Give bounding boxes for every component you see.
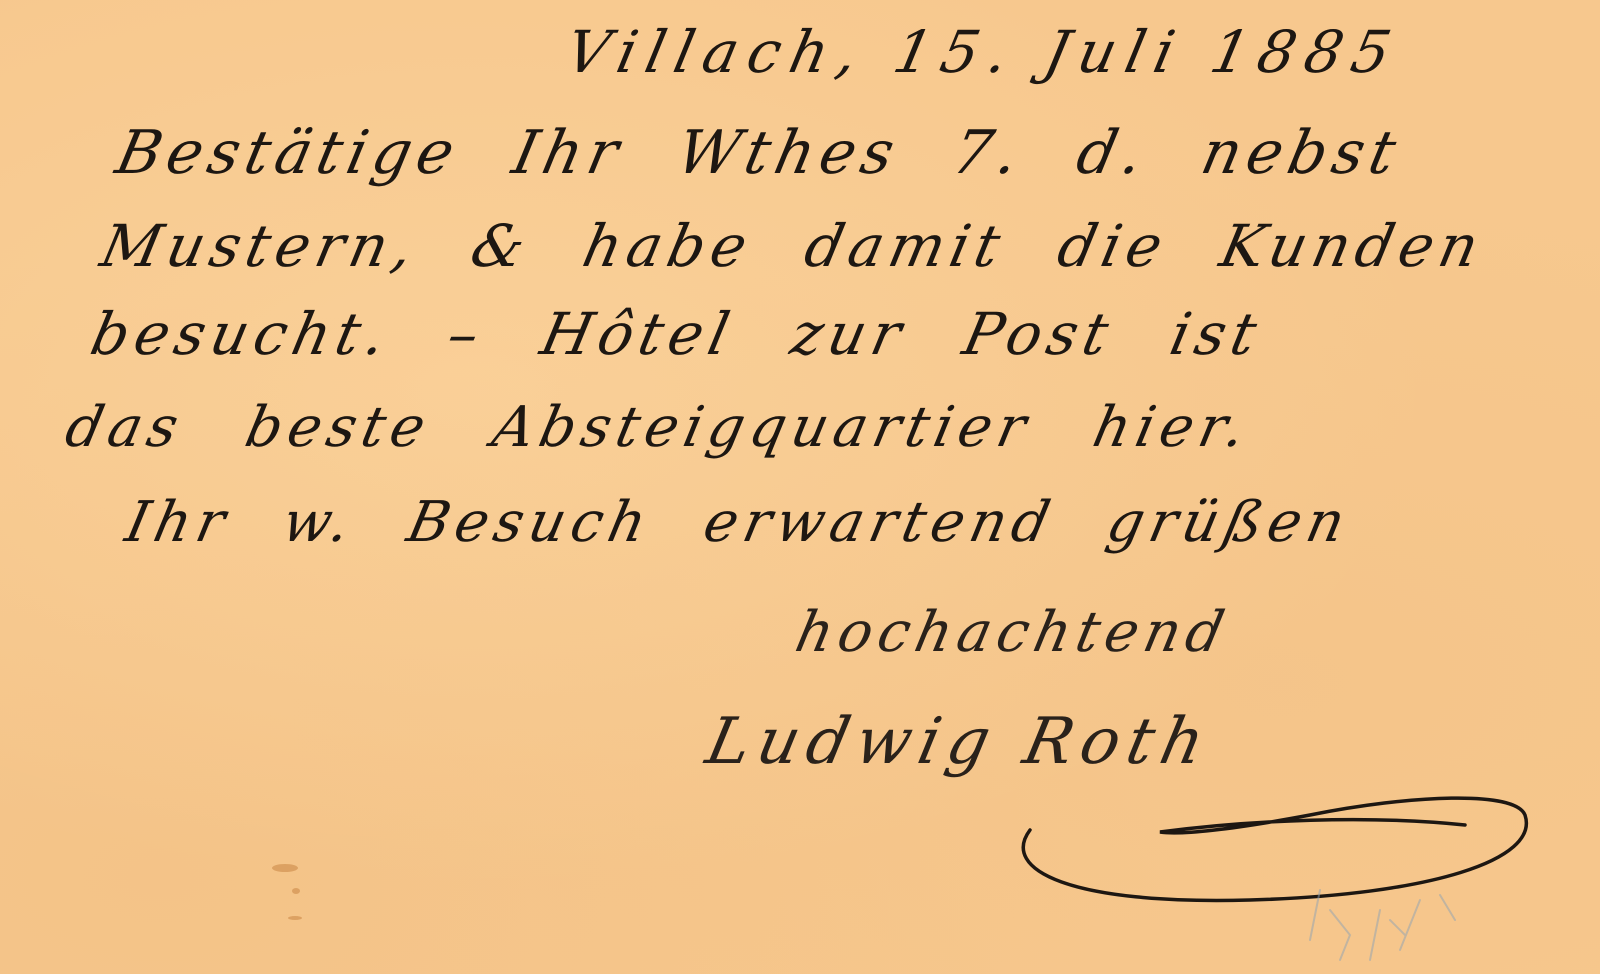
paper-stain [288,916,302,920]
body-line-3: besucht. – Hôtel zur Post ist [85,300,1268,368]
paper-stain [292,888,300,894]
faint-stamp-mark-icon [1290,880,1470,970]
body-line-1: Bestätige Ihr Wthes 7. d. nebst [110,118,1408,188]
paper-stain [272,864,298,872]
body-line-5: Ihr w. Besuch erwartend grüßen [120,490,1356,555]
body-line-4: das beste Absteigquartier hier. [60,395,1257,460]
place-date: Villach, 15. Juli 1885 [560,18,1407,86]
body-line-2: Mustern, & habe damit die Kunden [95,212,1490,280]
postcard: Villach, 15. Juli 1885 Bestätige Ihr Wth… [0,0,1600,974]
signature: Ludwig Roth [700,705,1219,779]
closing: hochachtend [790,600,1235,665]
